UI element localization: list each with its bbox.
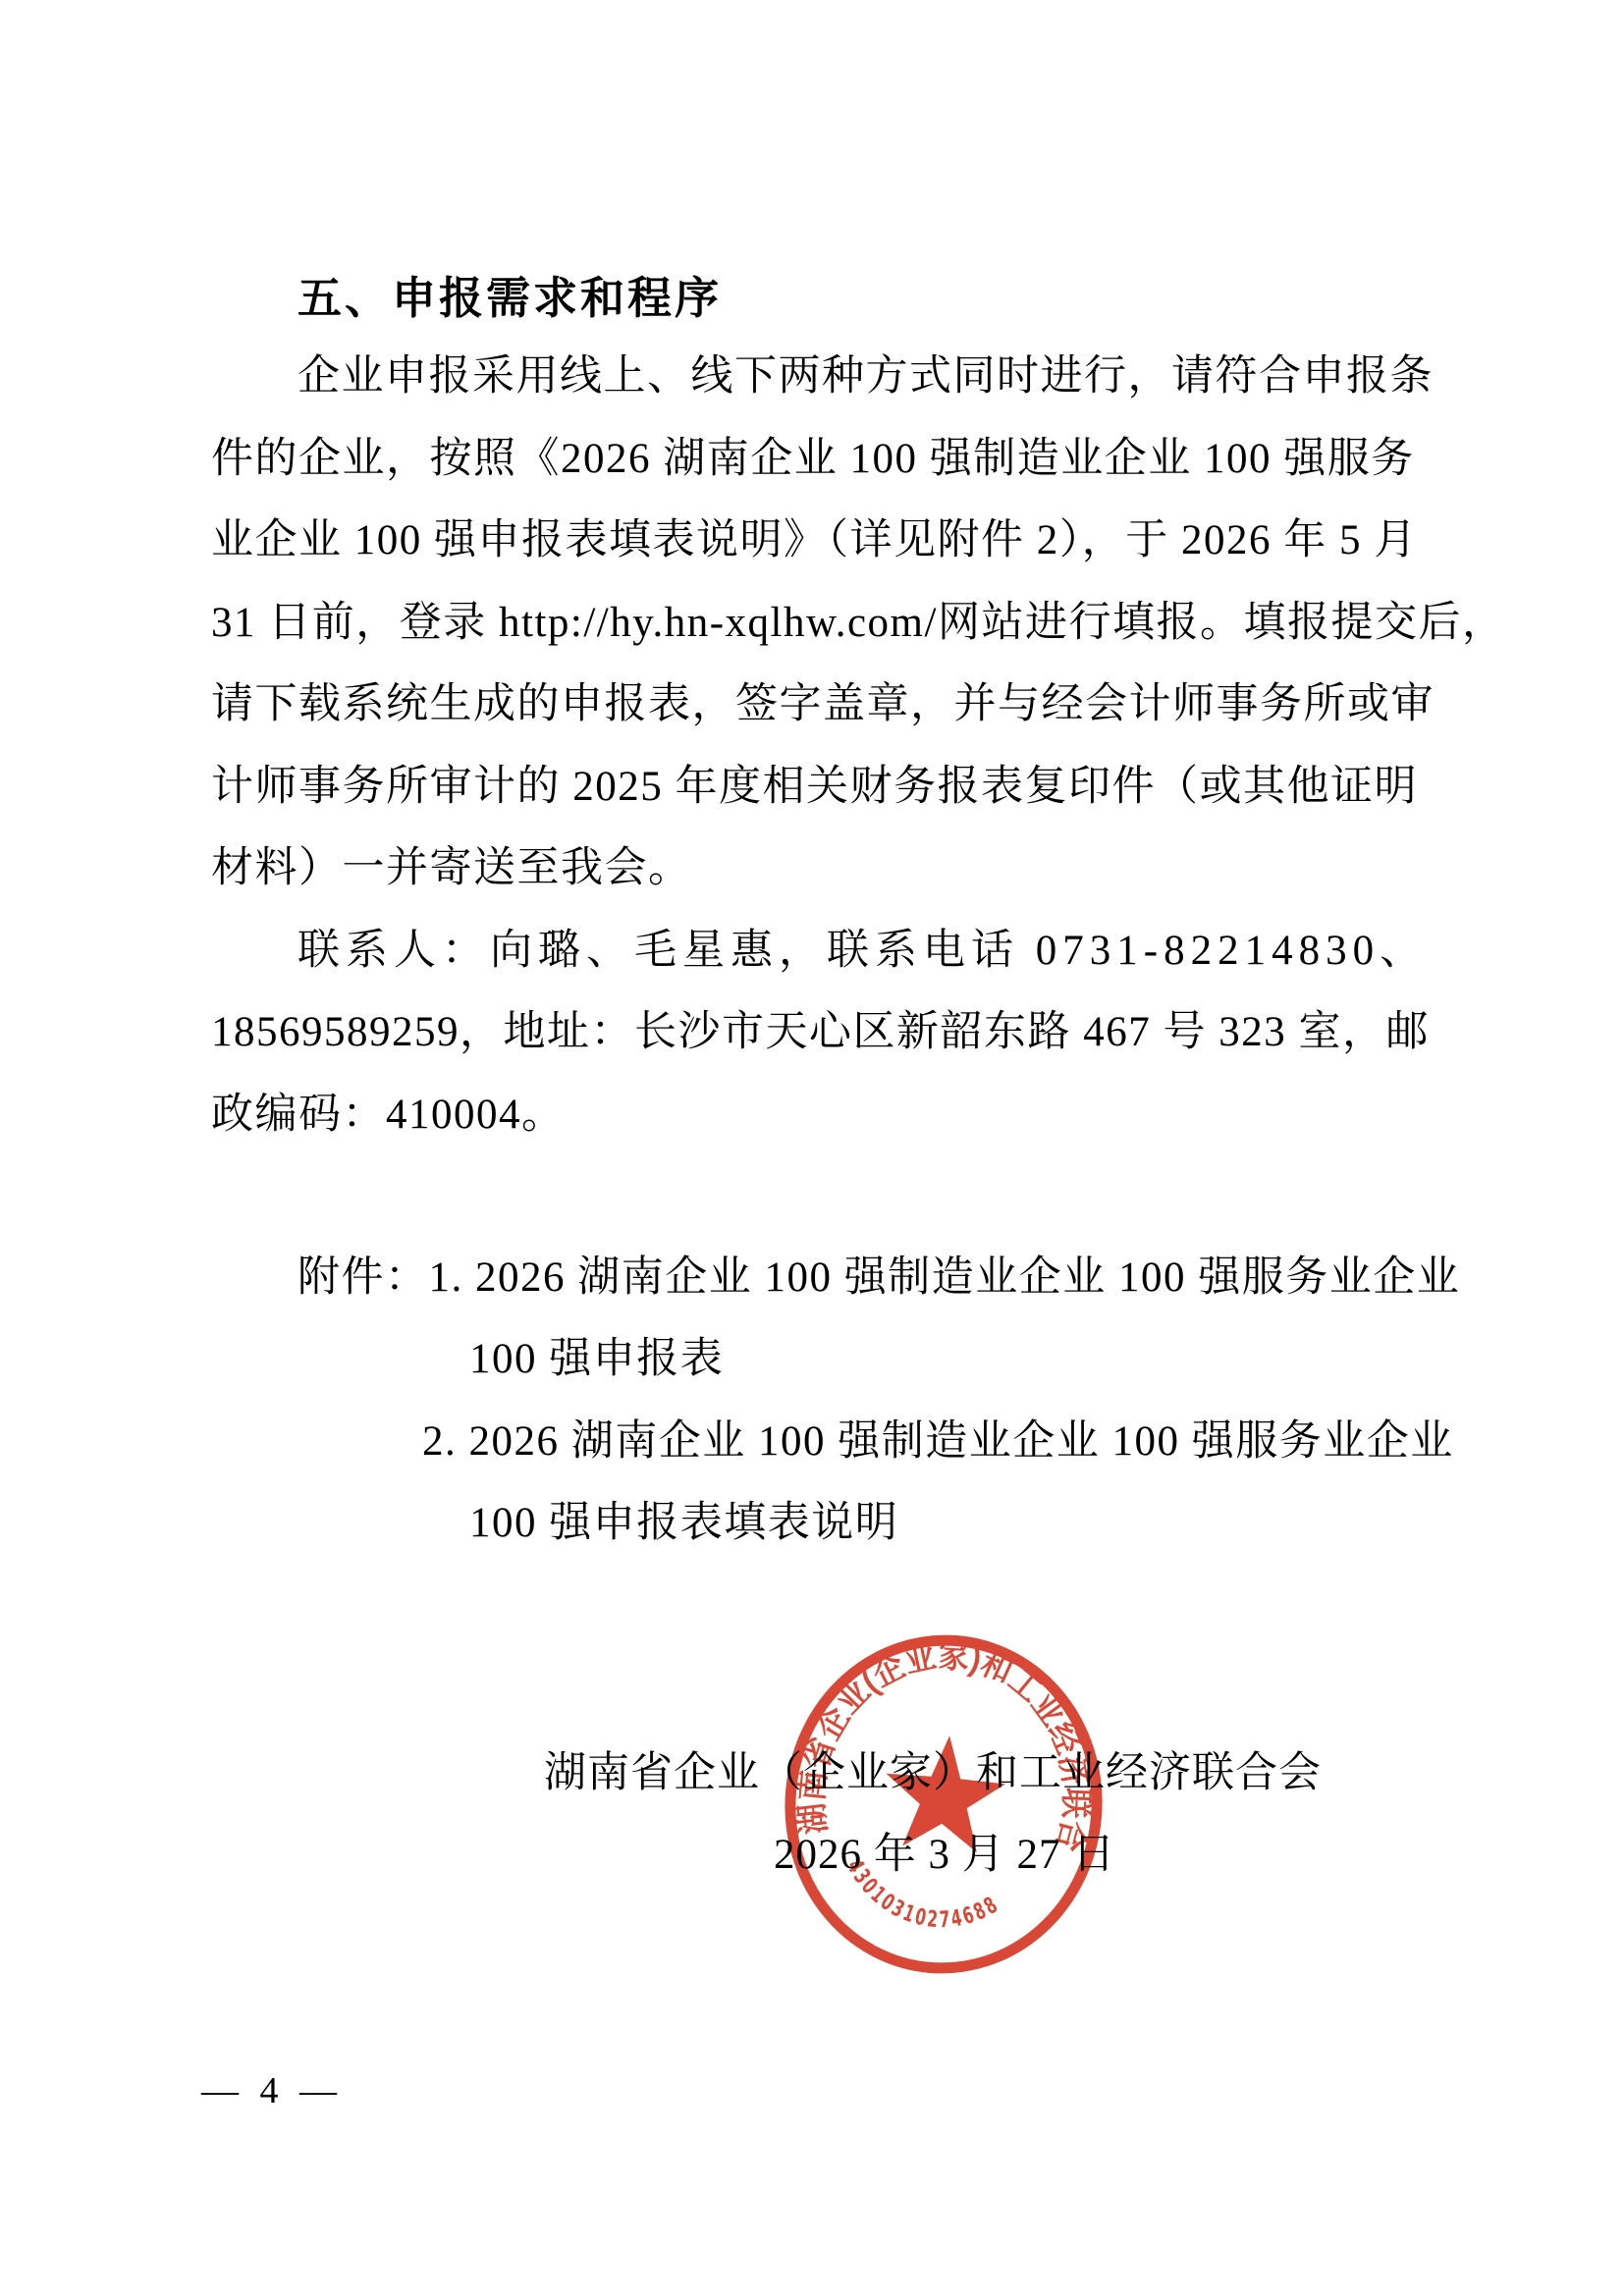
- official-seal-stamp: 湖南省企业(企业家)和工业经济联合会 43010310274688: [764, 1616, 1123, 1993]
- paragraph1-line: 请下载系统生成的申报表，签字盖章，并与经会计师事务所或审: [211, 680, 1435, 728]
- star-icon: [880, 1731, 1009, 1854]
- section-heading: 五、申报需求和程序: [298, 274, 722, 325]
- attachment-item-2-continued: 100 强申报表填表说明: [469, 1499, 898, 1547]
- seal-serial-node: 43010310274688: [837, 1853, 1008, 1939]
- contact-line: 政编码：410004。: [211, 1091, 566, 1139]
- contact-line: 联系人：向璐、毛星惠，联系电话 0731-82214830、: [298, 927, 1428, 975]
- paragraph1-line-url: 31 日前，登录 http://hy.hn-xqlhw.com/网站进行填报。填…: [211, 599, 1505, 647]
- attachment-item-1-continued: 100 强申报表: [469, 1335, 724, 1383]
- attachment-item-2: 2. 2026 湖南企业 100 强制造业企业 100 强服务业企业: [422, 1417, 1454, 1466]
- contact-line: 18569589259，地址：长沙市天心区新韶东路 467 号 323 室，邮: [211, 1008, 1430, 1056]
- paragraph1-line: 企业申报采用线上、线下两种方式同时进行，请符合申报条: [298, 352, 1434, 400]
- attachment-item-1: 附件：1. 2026 湖南企业 100 强制造业企业 100 强服务业企业: [298, 1254, 1460, 1302]
- seal-serial-number: 43010310274688: [837, 1853, 1008, 1939]
- seal-graphic: 湖南省企业(企业家)和工业经济联合会 43010310274688: [764, 1616, 1123, 1993]
- paragraph1-line: 计师事务所审计的 2025 年度相关财务报表复印件（或其他证明: [211, 763, 1418, 811]
- paragraph1-line: 件的企业，按照《2026 湖南企业 100 强制造业企业 100 强服务: [211, 435, 1415, 483]
- page-number: — 4 —: [201, 2069, 343, 2112]
- paragraph1-line: 业企业 100 强申报表填表说明》（详见附件 2），于 2026 年 5 月: [211, 516, 1418, 564]
- paragraph1-line: 材料）一并寄送至我会。: [211, 844, 692, 892]
- document-page: 五、申报需求和程序 企业申报采用线上、线下两种方式同时进行，请符合申报条 件的企…: [0, 0, 1624, 2296]
